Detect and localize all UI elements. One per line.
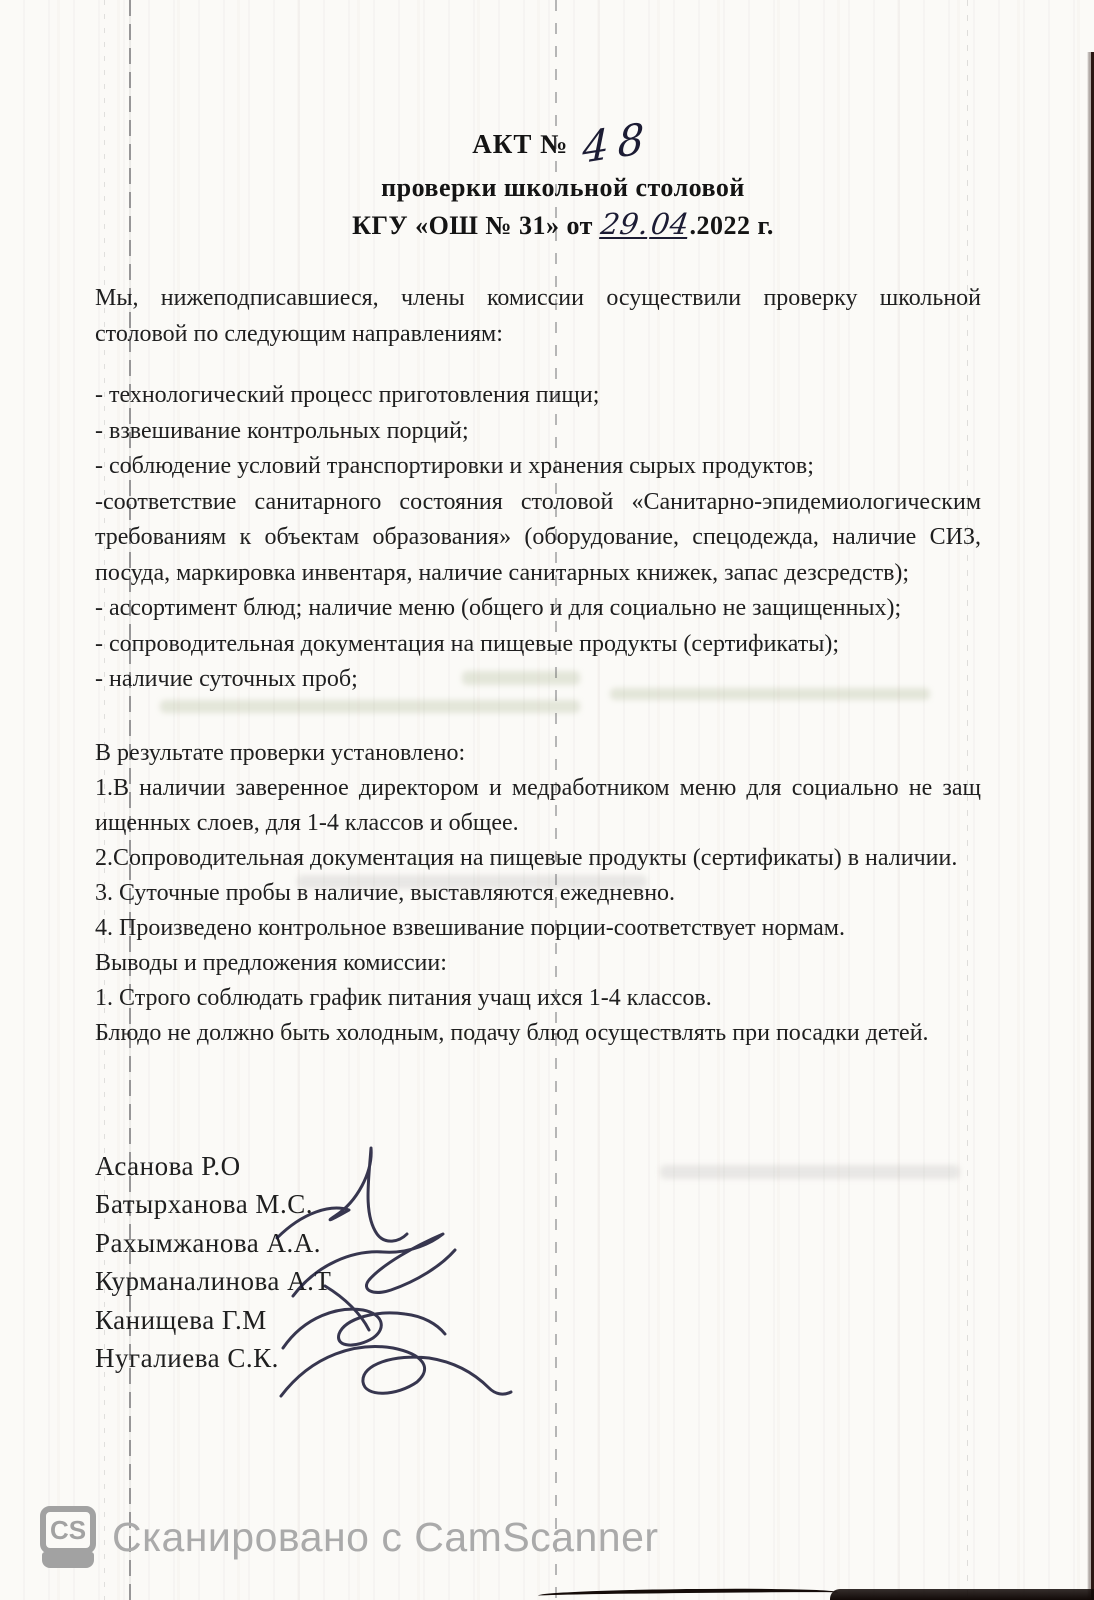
date-day-handwritten: 29.	[599, 211, 651, 239]
direction-item: - технологический процесс приготовления …	[95, 378, 981, 414]
conclusion-item: 1. Строго соблюдать график питания учащ …	[95, 981, 981, 1016]
act-number-handwritten: 48	[582, 112, 653, 174]
org-date-prefix: КГУ «ОШ № 31» от	[352, 211, 593, 240]
org-date-suffix: .2022 г.	[689, 211, 773, 240]
direction-item: - ассортимент блюд; наличие меню (общего…	[95, 591, 981, 627]
watermark-text: Сканировано с CamScanner	[112, 1514, 659, 1561]
result-item: 1.В наличии заверенное директором и медр…	[95, 771, 981, 841]
document-title-block: АКТ №48 проверки школьной столовой КГУ «…	[95, 118, 981, 246]
scan-edge-artifact	[538, 1587, 838, 1600]
conclusions-heading: Выводы и предложения комиссии:	[95, 946, 981, 981]
signature-stroke	[281, 1347, 511, 1396]
signature-stroke	[293, 1234, 455, 1296]
direction-item: - взвешивание контрольных порций;	[95, 414, 981, 450]
direction-item: - наличие суточных проб;	[95, 662, 981, 698]
results-list: 1.В наличии заверенное директором и медр…	[95, 771, 981, 946]
act-title-prefix: АКТ №	[472, 129, 568, 159]
signature-stroke	[277, 1148, 407, 1241]
title-org-date-line: КГУ «ОШ № 31» от 29.04.2022 г.	[145, 206, 981, 246]
results-heading: В результате проверки установлено:	[95, 736, 981, 771]
direction-item: - сопроводительная документация на пищев…	[95, 627, 981, 663]
camscanner-watermark: CS Сканировано с CamScanner	[40, 1506, 659, 1568]
intro-paragraph: Мы, нижеподписавшиеся, члены комиссии ос…	[95, 280, 981, 352]
scanned-document-page: АКТ №48 проверки школьной столовой КГУ «…	[0, 0, 1094, 1600]
signature-stroke	[283, 1309, 445, 1348]
camscanner-icon: CS	[40, 1506, 96, 1568]
result-item: 2.Сопроводительная документация на пищев…	[95, 841, 981, 876]
inspection-directions-list: - технологический процесс приготовления …	[95, 378, 981, 698]
signatures-ink	[265, 1138, 539, 1410]
direction-item: -соответствие санитарного состояния стол…	[95, 485, 981, 592]
title-subject-line: проверки школьной столовой	[145, 169, 981, 206]
scan-edge-artifact	[1087, 52, 1094, 1600]
conclusion-item: Блюдо не должно быть холодным, подачу бл…	[95, 1016, 981, 1051]
act-title-line: АКТ №48	[145, 118, 981, 169]
result-item: 3. Суточные пробы в наличие, выставляютс…	[95, 876, 981, 911]
camscanner-icon-label: CS	[50, 1517, 86, 1543]
conclusions-block: Выводы и предложения комиссии: 1. Строго…	[95, 946, 981, 1051]
direction-item: - соблюдение условий транспортировки и х…	[95, 449, 981, 485]
result-item: 4. Произведено контрольное взвешивание п…	[95, 911, 981, 946]
scan-edge-artifact	[830, 1589, 1094, 1600]
date-month-handwritten: 04	[649, 211, 691, 239]
